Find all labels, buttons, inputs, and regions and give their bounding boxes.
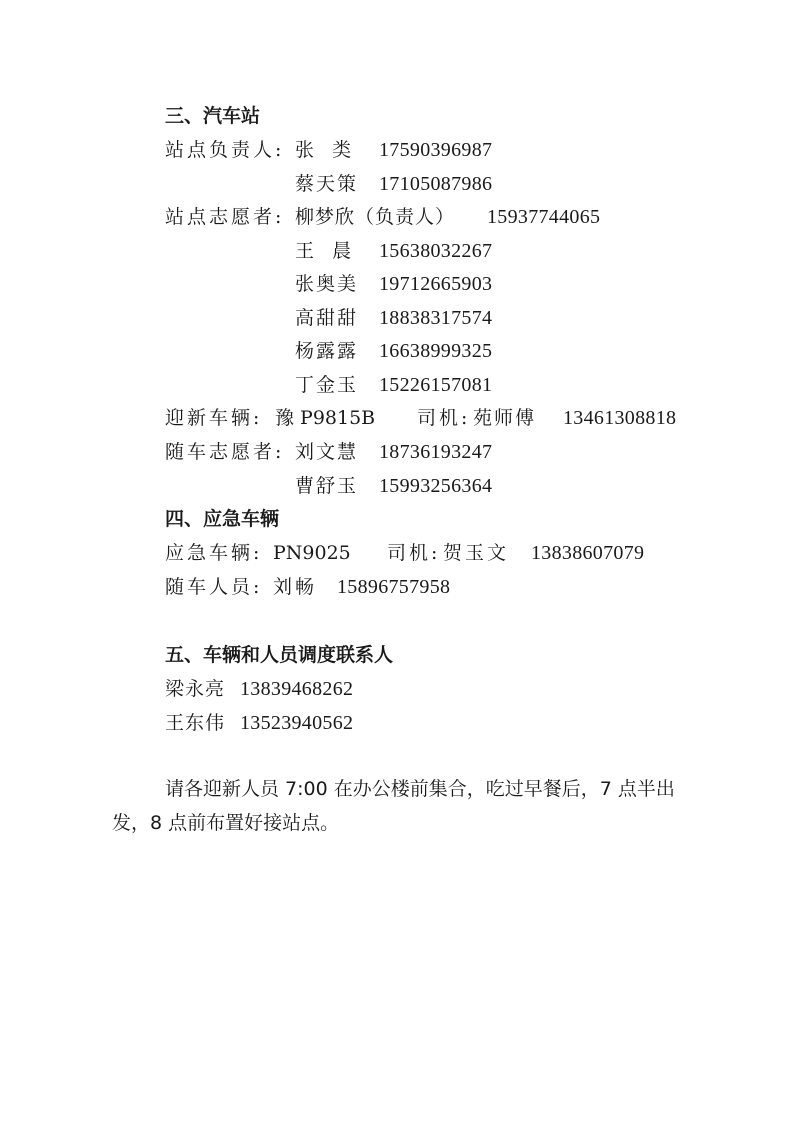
section4-heading: 四、应急车辆 <box>165 507 279 531</box>
emergency-vehicle-plate: PN9025 <box>273 541 387 565</box>
volunteer-name: 高甜甜 <box>295 306 379 330</box>
vehicle-row: 迎新车辆:豫 P9815B司机:苑师傅13461308818 <box>165 406 676 430</box>
leader-row-2: 蔡天策17105087986 <box>295 172 492 196</box>
section5-heading: 五、车辆和人员调度联系人 <box>165 643 393 667</box>
driver-name: 苑师傅 <box>473 406 563 430</box>
emergency-escort-row: 随车人员:刘畅15896757958 <box>165 575 450 599</box>
leader-row-1: 站点负责人:张 类17590396987 <box>165 138 492 162</box>
volunteer-name: 王 晨 <box>295 239 379 263</box>
vehicle-label: 迎新车辆: <box>165 406 275 430</box>
escort-phone: 15993256364 <box>379 474 492 498</box>
driver-phone: 13461308818 <box>563 406 676 430</box>
emergency-driver-phone: 13838607079 <box>531 541 644 565</box>
emergency-vehicle-label: 应急车辆: <box>165 541 273 565</box>
leader-phone: 17105087986 <box>379 172 492 196</box>
emergency-escort-phone: 15896757958 <box>337 575 450 599</box>
volunteer-row: 杨露露16638999325 <box>295 339 492 363</box>
leader-name: 蔡天策 <box>295 172 379 196</box>
section3-heading: 三、汽车站 <box>165 104 260 128</box>
escort-label: 随车志愿者: <box>165 440 295 464</box>
notice-text: 请各迎新人员 7:00 在办公楼前集合，吃过早餐后，7 点半出发，8 点前布置好… <box>112 778 675 834</box>
volunteer-name: 张奥美 <box>295 272 379 296</box>
contact-phone: 13523940562 <box>240 711 353 735</box>
driver-label: 司机: <box>417 406 473 430</box>
volunteer-phone: 15638032267 <box>379 239 492 263</box>
emergency-escort-label: 随车人员: <box>165 575 273 599</box>
notice-paragraph: 请各迎新人员 7:00 在办公楼前集合，吃过早餐后，7 点半出发，8 点前布置好… <box>112 772 692 840</box>
volunteer-name: 丁金玉 <box>295 373 379 397</box>
volunteer-row: 高甜甜18838317574 <box>295 306 492 330</box>
contact-name: 梁永亮 <box>165 677 240 701</box>
emergency-vehicle-row: 应急车辆:PN9025司机:贺玉文13838607079 <box>165 541 644 565</box>
emergency-driver-name: 贺玉文 <box>443 541 531 565</box>
contact-row: 梁永亮13839468262 <box>165 677 353 701</box>
volunteer-row: 王 晨15638032267 <box>295 239 492 263</box>
volunteer-phone: 16638999325 <box>379 339 492 363</box>
vehicle-plate: 豫 P9815B <box>275 406 417 430</box>
escort-name: 刘文慧 <box>295 440 379 464</box>
volunteer-head-name: 柳梦欣（负责人） <box>295 205 487 229</box>
volunteer-phone: 19712665903 <box>379 272 492 296</box>
emergency-escort-name: 刘畅 <box>273 575 337 599</box>
volunteer-phone: 18838317574 <box>379 306 492 330</box>
contact-row: 王东伟13523940562 <box>165 711 353 735</box>
leaders-label: 站点负责人: <box>165 138 295 162</box>
volunteer-head-row: 站点志愿者:柳梦欣（负责人）15937744065 <box>165 205 600 229</box>
escort-row-2: 曹舒玉15993256364 <box>295 474 492 498</box>
volunteer-phone: 15226157081 <box>379 373 492 397</box>
volunteer-name: 杨露露 <box>295 339 379 363</box>
volunteer-row: 张奥美19712665903 <box>295 272 492 296</box>
contact-phone: 13839468262 <box>240 677 353 701</box>
volunteers-label: 站点志愿者: <box>165 205 295 229</box>
volunteer-row: 丁金玉15226157081 <box>295 373 492 397</box>
leader-name: 张 类 <box>295 138 379 162</box>
emergency-driver-label: 司机: <box>387 541 443 565</box>
contact-name: 王东伟 <box>165 711 240 735</box>
escort-row-1: 随车志愿者:刘文慧18736193247 <box>165 440 492 464</box>
volunteer-head-phone: 15937744065 <box>487 205 600 229</box>
leader-phone: 17590396987 <box>379 138 492 162</box>
escort-phone: 18736193247 <box>379 440 492 464</box>
escort-name: 曹舒玉 <box>295 474 379 498</box>
